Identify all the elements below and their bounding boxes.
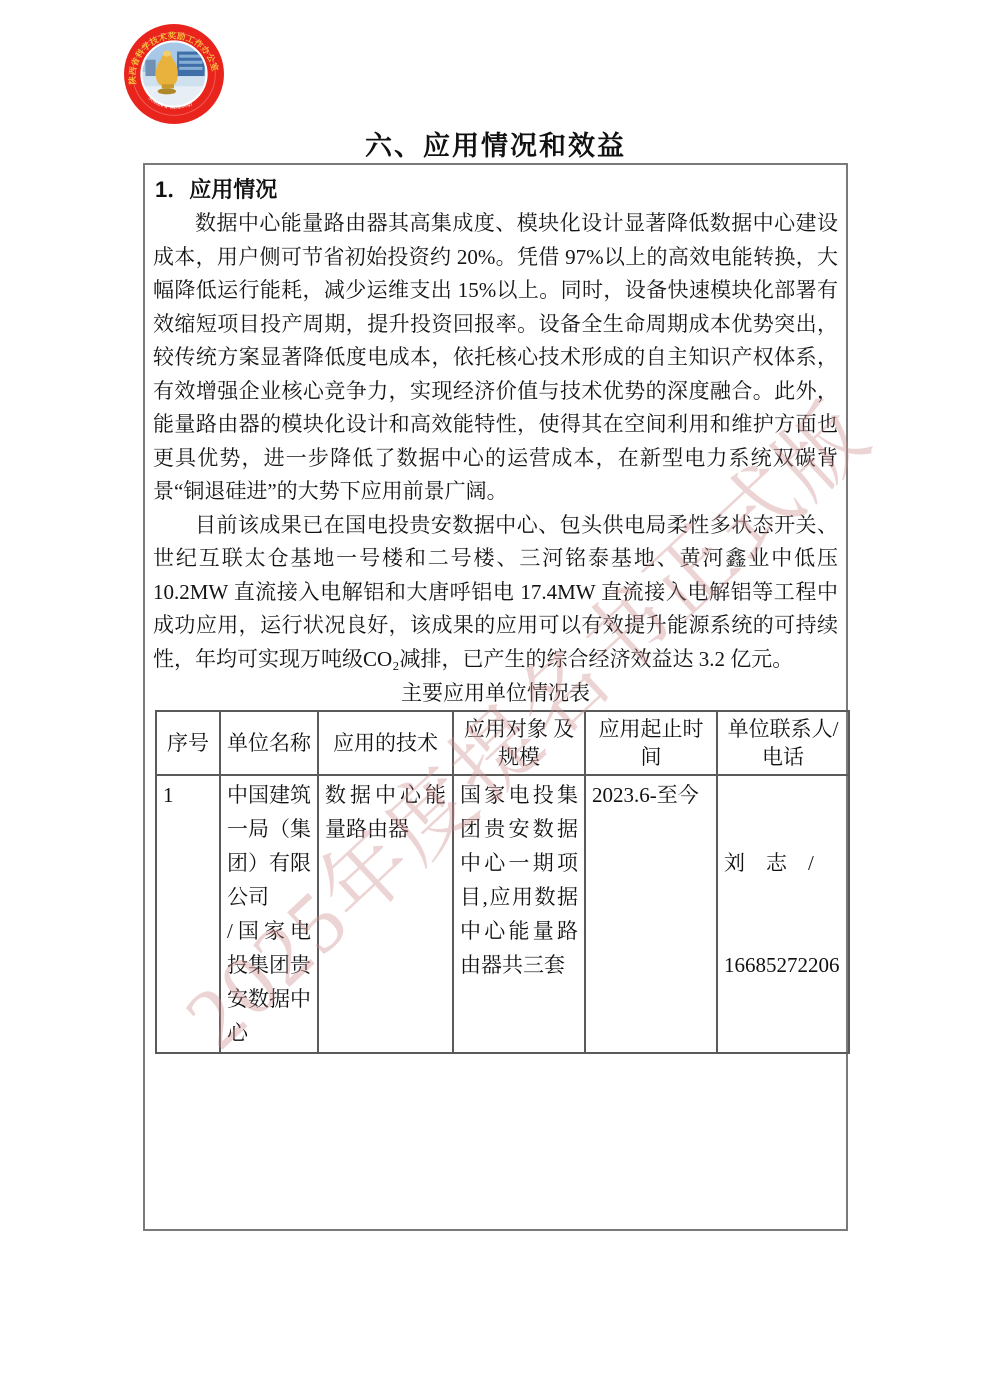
header-technology: 应用的技术 xyxy=(318,711,453,775)
page-title: 六、应用情况和效益 xyxy=(143,124,848,163)
table-header-row: 序号 单位名称 应用的技术 应用对象 及规模 应用起止时间 单位联系人/电话 xyxy=(156,711,849,775)
seal-center-photo xyxy=(142,42,205,105)
header-period: 应用起止时间 xyxy=(585,711,717,775)
table-caption: 主要应用单位情况表 xyxy=(153,678,838,708)
content-box: 1．应用情况 数据中心能量路由器其高集成度、模块化设计显著降低数据中心建设成本，… xyxy=(143,163,848,1231)
header-target-scale: 应用对象 及规模 xyxy=(453,711,585,775)
header-contact: 单位联系人/电话 xyxy=(717,711,849,775)
table-row: 1 中国建筑一局（集团）有限公司 /国家电投集团贵安数据中心 数据中心能量路由器… xyxy=(156,775,849,1053)
award-office-seal-logo: 陕西省科学技术奖励工作办公室 Science & Technology xyxy=(123,23,225,125)
cell-unit-name: 中国建筑一局（集团）有限公司 /国家电投集团贵安数据中心 xyxy=(220,775,318,1053)
application-paragraph-2: 目前该成果已在国电投贵安数据中心、包头供电局柔性多状态开关、世纪互联太仓基地一号… xyxy=(153,509,838,677)
contact-name-line: 刘 志 / xyxy=(724,846,842,880)
document-page: { "page": { "title": "六、应用情况和效益" }, "log… xyxy=(0,0,990,1400)
header-unit-name: 单位名称 xyxy=(220,711,318,775)
cell-technology: 数据中心能量路由器 xyxy=(318,775,453,1053)
cell-seq: 1 xyxy=(156,775,220,1053)
seal-icon: 陕西省科学技术奖励工作办公室 Science & Technology xyxy=(123,23,225,125)
header-seq: 序号 xyxy=(156,711,220,775)
cell-contact: 刘 志 / 16685272206 xyxy=(717,775,849,1053)
cell-period: 2023.6-至今 xyxy=(585,775,717,1053)
application-units-table: 序号 单位名称 应用的技术 应用对象 及规模 应用起止时间 单位联系人/电话 1… xyxy=(155,710,850,1054)
application-paragraph-1: 数据中心能量路由器其高集成度、模块化设计显著降低数据中心建设成本，用户侧可节省初… xyxy=(153,207,838,509)
subsection-heading: 1．应用情况 xyxy=(155,173,838,204)
cell-target-scale: 国家电投集团贵安数据中心一期项目,应用数据中心能量路由器共三套 xyxy=(453,775,585,1053)
contact-phone-line: 16685272206 xyxy=(724,948,842,982)
